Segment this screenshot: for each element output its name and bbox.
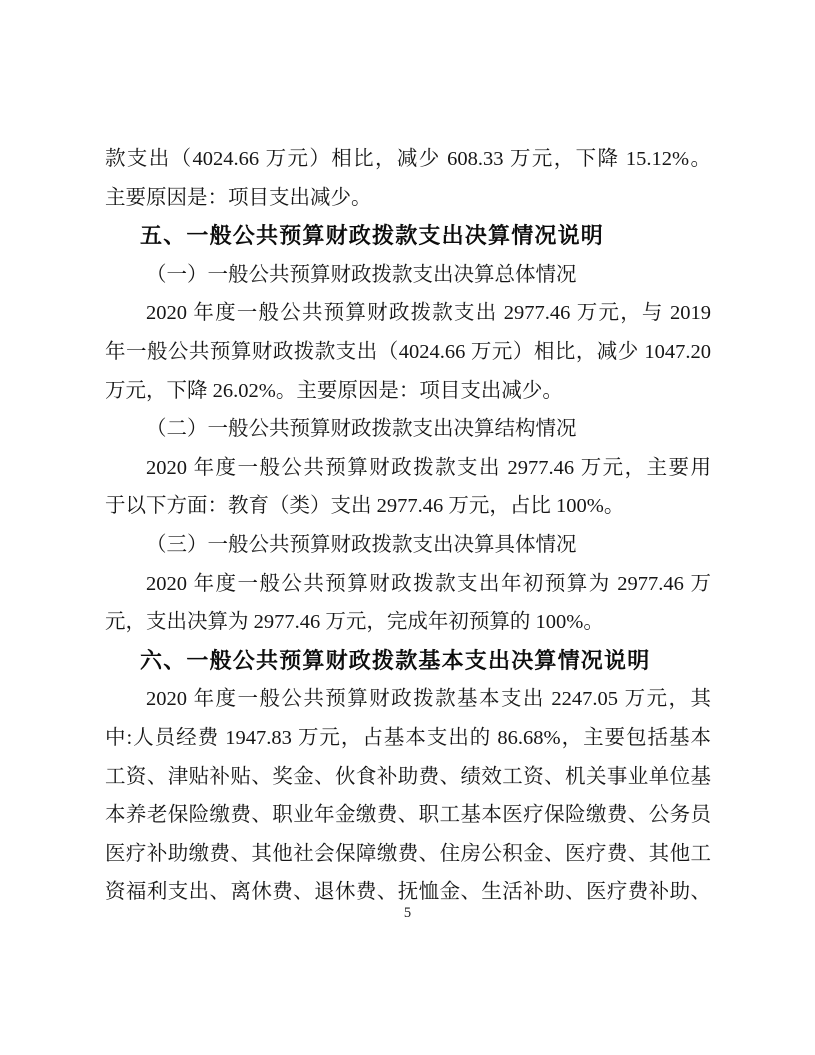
subheading-5-3: （三）一般公共预算财政拨款支出决算具体情况 — [105, 526, 711, 565]
body-line: 2020 年度一般公共预算财政拨款基本支出 2247.05 万元，其 — [105, 680, 711, 719]
body-line: 主要原因是：项目支出减少。 — [105, 179, 711, 218]
body-line: 元，支出决算为 2977.46 万元，完成年初预算的 100%。 — [105, 603, 711, 642]
heading-section-5: 五、一般公共预算财政拨款支出决算情况说明 — [105, 217, 711, 256]
body-line: 工资、津贴补贴、奖金、伙食补助费、绩效工资、机关事业单位基 — [105, 758, 711, 797]
body-line: 于以下方面：教育（类）支出 2977.46 万元，占比 100%。 — [105, 487, 711, 526]
subheading-5-2: （二）一般公共预算财政拨款支出决算结构情况 — [105, 410, 711, 449]
body-line: 年一般公共预算财政拨款支出（4024.66 万元）相比，减少 1047.20 — [105, 333, 711, 372]
body-line: 2020 年度一般公共预算财政拨款支出年初预算为 2977.46 万 — [105, 565, 711, 604]
body-line: 万元，下降 26.02%。主要原因是：项目支出减少。 — [105, 372, 711, 411]
subheading-5-1: （一）一般公共预算财政拨款支出决算总体情况 — [105, 256, 711, 295]
body-line: 医疗补助缴费、其他社会保障缴费、住房公积金、医疗费、其他工 — [105, 835, 711, 874]
document-page: 款支出（4024.66 万元）相比，减少 608.33 万元，下降 15.12%… — [0, 0, 815, 1055]
heading-section-6: 六、一般公共预算财政拨款基本支出决算情况说明 — [105, 642, 711, 681]
body-line: 款支出（4024.66 万元）相比，减少 608.33 万元，下降 15.12%… — [105, 140, 711, 179]
page-body-text: 款支出（4024.66 万元）相比，减少 608.33 万元，下降 15.12%… — [105, 140, 711, 912]
body-line: 2020 年度一般公共预算财政拨款支出 2977.46 万元，与 2019 — [105, 294, 711, 333]
body-line: 本养老保险缴费、职业年金缴费、职工基本医疗保险缴费、公务员 — [105, 796, 711, 835]
page-number: 5 — [0, 902, 815, 924]
body-line: 2020 年度一般公共预算财政拨款支出 2977.46 万元，主要用 — [105, 449, 711, 488]
body-line: 中:人员经费 1947.83 万元，占基本支出的 86.68%，主要包括基本 — [105, 719, 711, 758]
